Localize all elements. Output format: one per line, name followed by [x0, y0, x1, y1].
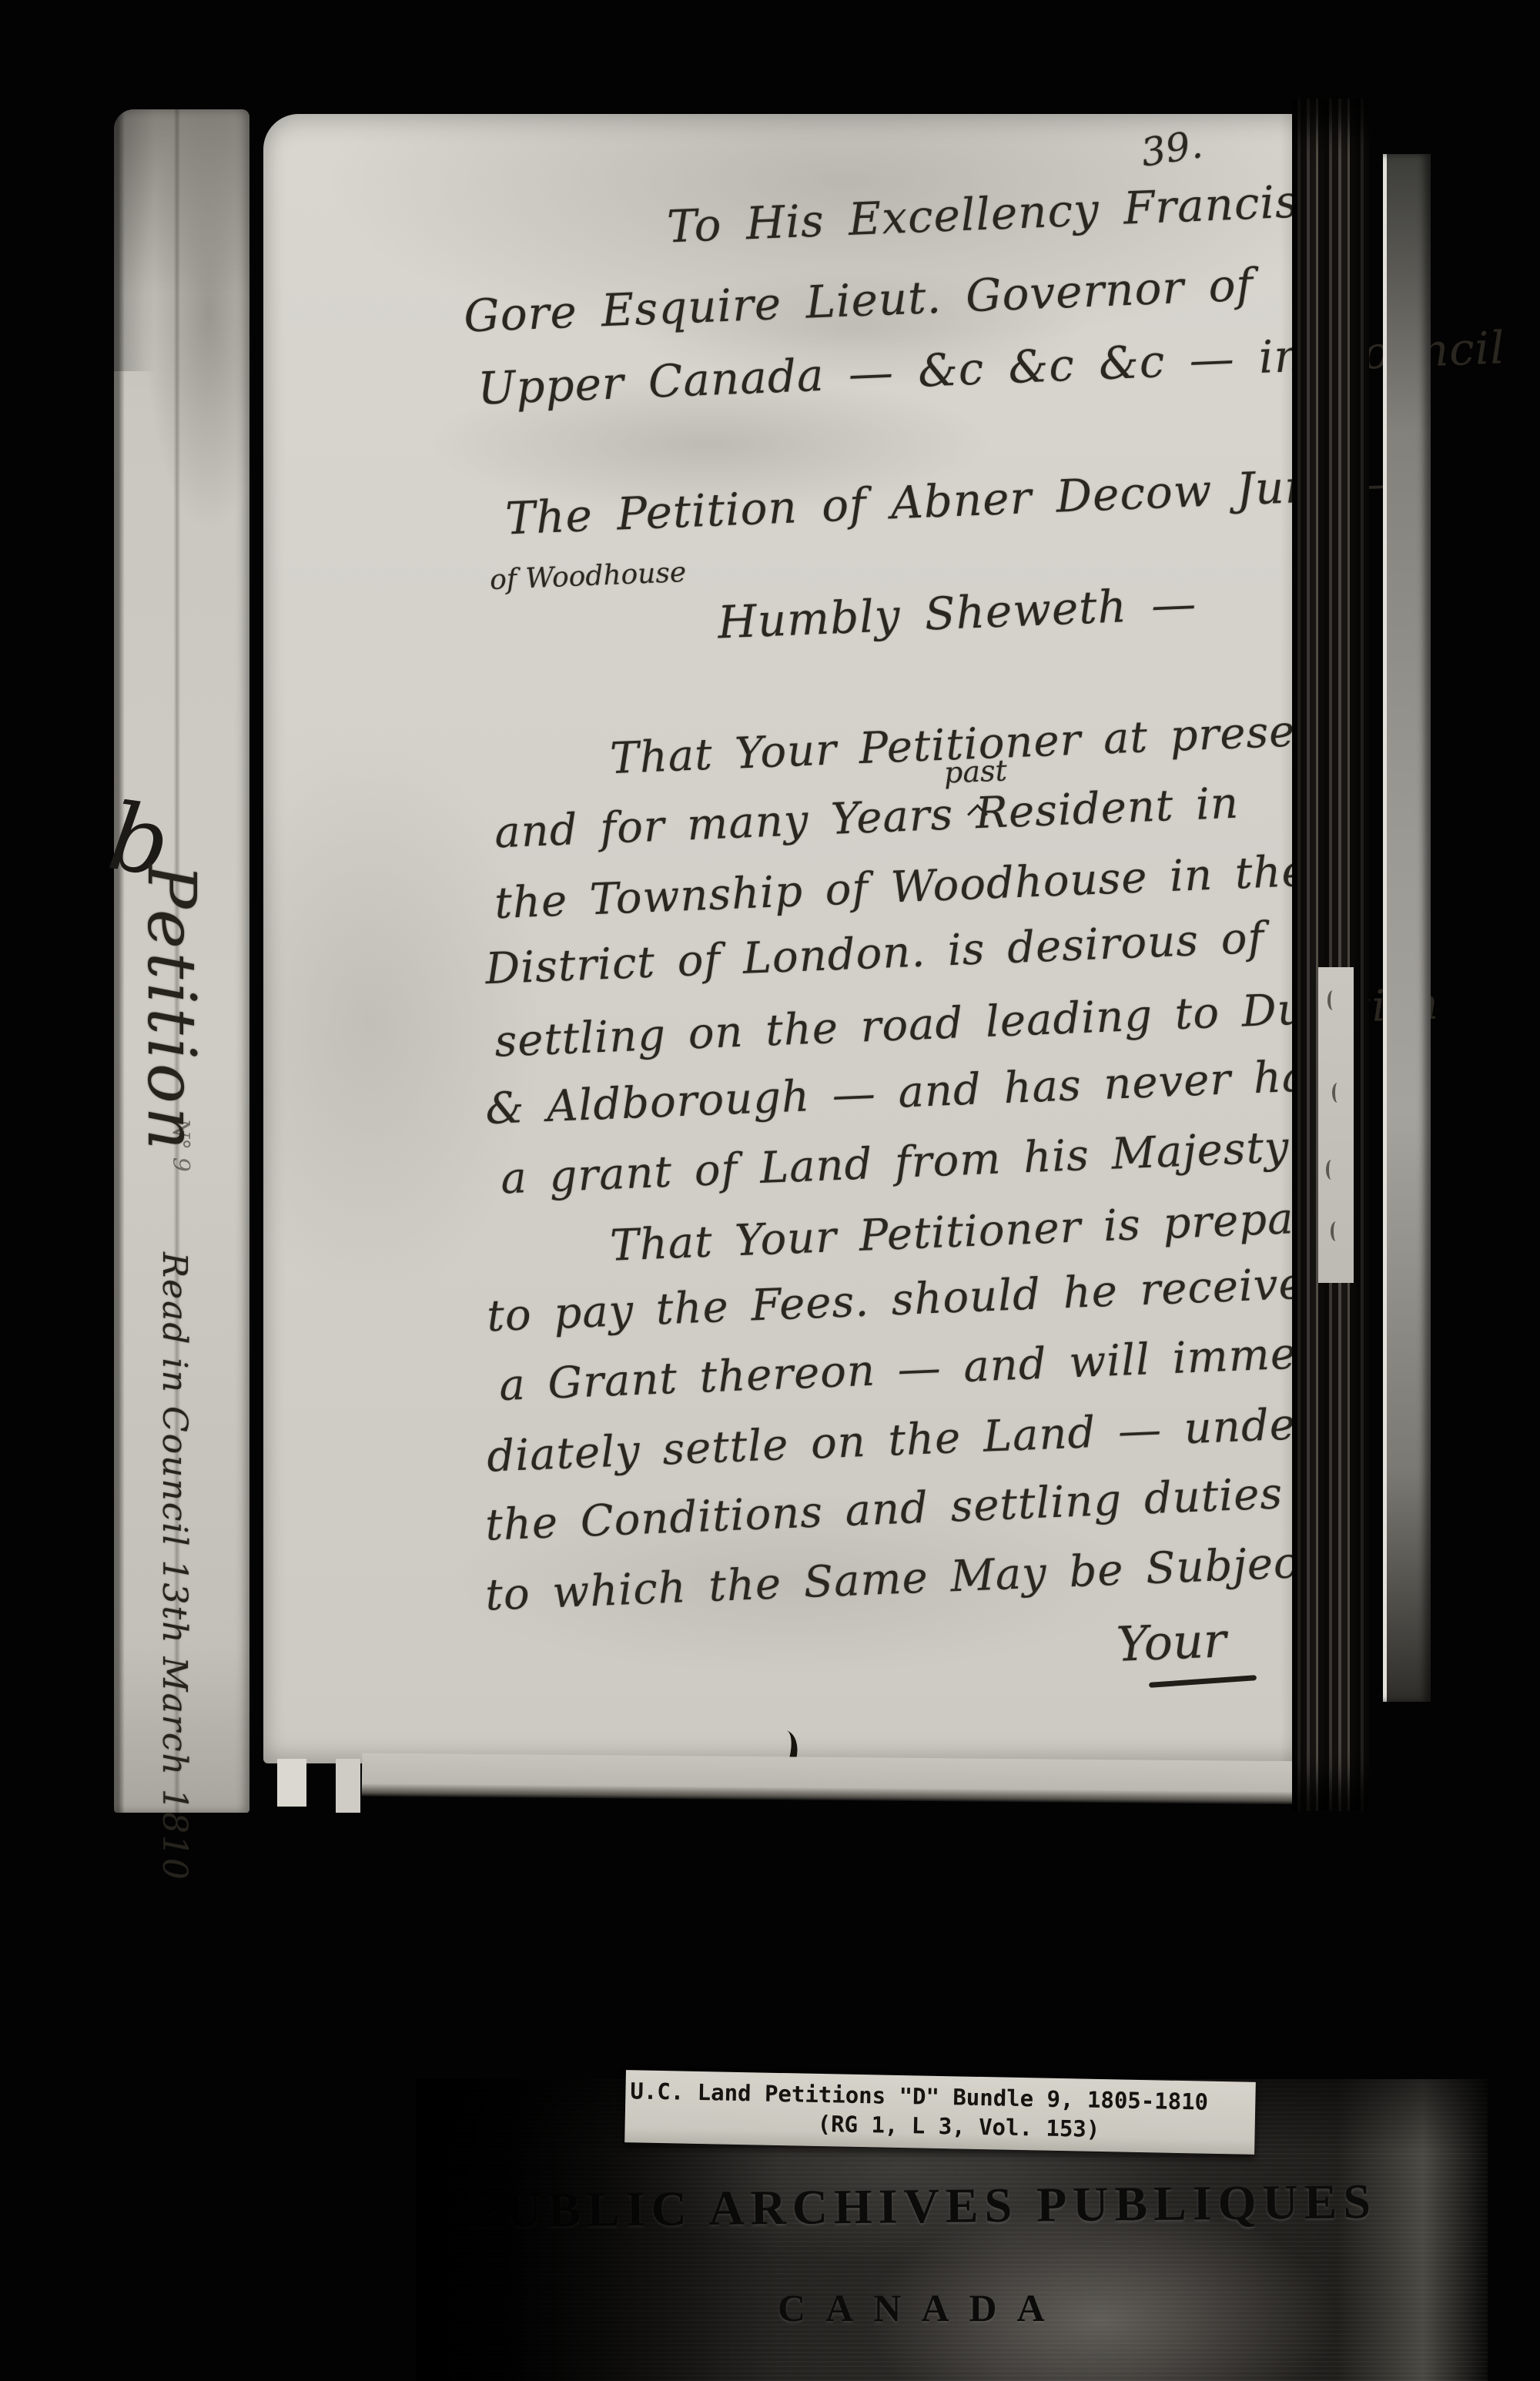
slip-ink-mark [1332, 1083, 1343, 1103]
reference-label-line-1: U.C. Land Petitions "D" Bundle 9, 1805-1… [630, 2078, 1208, 2115]
body-line-11: diately settle on the Land — under [486, 1398, 1318, 1482]
heading-line-1: To His Excellency Francis [666, 176, 1300, 253]
council-endorsement: Read in Council 13th March 1810 [155, 1252, 194, 1881]
body-line-12: the Conditions and settling duties [484, 1468, 1284, 1551]
paper-tab [277, 1759, 306, 1807]
heading-line-2: Gore Esquire Lieut. Governor of [463, 258, 1254, 342]
closing-word: Your [1116, 1612, 1227, 1673]
paper-tab [336, 1759, 360, 1813]
fold-crease [114, 109, 249, 371]
body-line-8: That Your Petitioner is prepared [609, 1190, 1371, 1271]
petition-intro-sheweth: Humbly Sheweth — [717, 578, 1198, 649]
body-line-6: & Aldborough — and has never had [484, 1050, 1337, 1134]
body-line-10: a Grant thereon — and will imme, [498, 1328, 1312, 1411]
book-fore-edge [1383, 154, 1431, 1702]
body-line-4: District of London. is desirous of [484, 913, 1265, 995]
slip-ink-mark [1327, 990, 1338, 1010]
body-superscript: past [943, 753, 1007, 789]
binding-paper-slip [1318, 967, 1354, 1283]
body-line-2: and for many Years Resident in [494, 779, 1240, 859]
body-line-9: to pay the Fees. should he receive [486, 1259, 1306, 1342]
petition-page: 39. To His Excellency Francis Gore Esqui… [263, 114, 1323, 1763]
book-binding-edges [1292, 99, 1369, 1811]
petition-intro-line: The Petition of Abner Decow Junr — [504, 457, 1407, 545]
docket-title: Petition [132, 864, 209, 1154]
closing-underline [1149, 1675, 1257, 1688]
docket-number: N° 9 [167, 1118, 194, 1172]
reference-label-line-2: (RG 1, L 3, Vol. 153) [817, 2111, 1100, 2142]
under-sheet-edge [362, 1753, 1311, 1805]
body-line-7: a grant of Land from his Majesty [500, 1122, 1291, 1204]
page-number: 39. [1138, 122, 1206, 176]
reference-label: U.C. Land Petitions "D" Bundle 9, 1805-1… [624, 2070, 1256, 2155]
slip-ink-mark [1326, 1160, 1337, 1180]
archive-stamp-title: PUBLIC ARCHIVES PUBLIQUES [470, 2173, 1378, 2239]
body-line-13: to which the Same May be Subject [484, 1537, 1317, 1620]
archive-stamp-subtitle: CANADA [778, 2286, 1065, 2330]
microfilm-scan: b Petition N° 9 Read in Council 13th Mar… [0, 0, 1540, 2381]
slip-ink-mark [1331, 1221, 1341, 1241]
petition-intro-place: of Woodhouse [489, 557, 687, 596]
